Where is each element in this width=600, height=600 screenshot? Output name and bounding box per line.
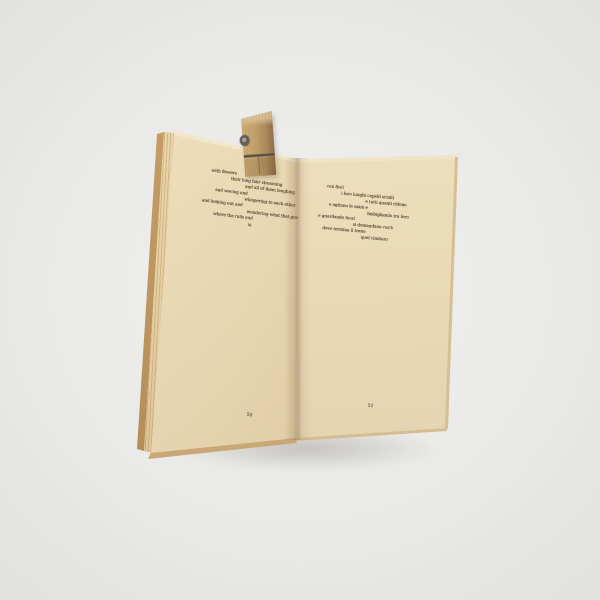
clothespin: [241, 111, 276, 177]
poem-right-italian: con fiori i loro lunghi capelli sciolti …: [316, 183, 411, 245]
book-gutter-shadow: [284, 158, 310, 440]
photo-scene: with flowers their long hair streaming a…: [0, 0, 600, 600]
page-number-right: 51: [368, 403, 374, 409]
page-number-left: 50: [246, 412, 252, 418]
